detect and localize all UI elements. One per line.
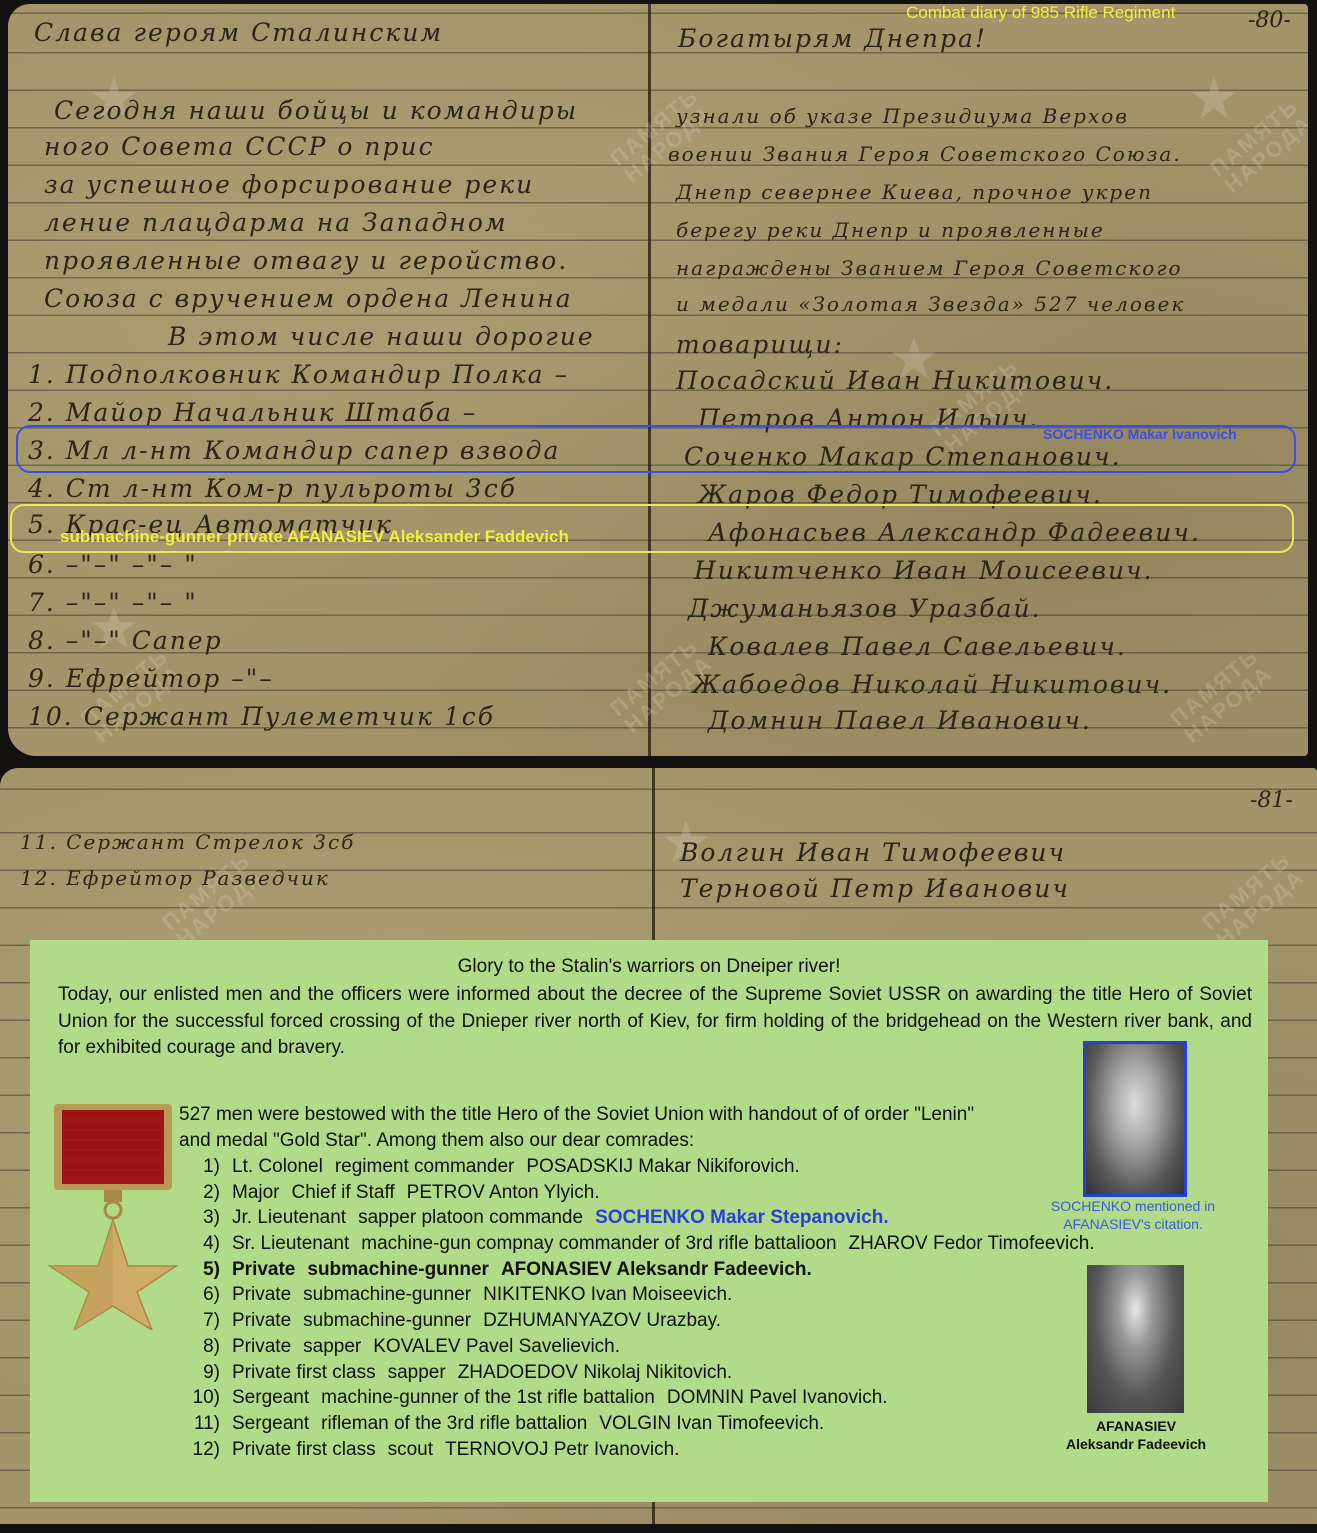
hero-name: ZHADOEDOV Nikolaj Nikitovich. bbox=[458, 1362, 733, 1383]
hero-name: KOVALEV Pavel Savelievich. bbox=[373, 1336, 620, 1357]
hero-name: VOLGIN Ivan Timofeevich. bbox=[599, 1413, 824, 1434]
sochenko-photo-caption: SOCHENKO mentioned inAFANASIEV's citatio… bbox=[1030, 1197, 1236, 1233]
watermark: ПАМЯТЬНАРОДА bbox=[1198, 849, 1308, 952]
heroes-list: 1)Lt. Colonelregiment commanderPOSADSKIJ… bbox=[180, 1154, 1095, 1462]
highlight-sochenko-label: SOCHENKO Makar Ivanovich bbox=[1043, 426, 1237, 442]
hero-name: POSADSKIJ Makar Nikiforovich. bbox=[526, 1156, 799, 1177]
hero-name: DZHUMANYAZOV Urazbay. bbox=[483, 1310, 721, 1331]
hero-list-item: 1)Lt. Colonelregiment commanderPOSADSKIJ… bbox=[180, 1154, 1095, 1180]
hero-num: 8) bbox=[180, 1334, 220, 1360]
hero-role: submachine-gunner bbox=[303, 1284, 471, 1305]
hero-name: PETROV Anton Ylyich. bbox=[407, 1182, 600, 1203]
hero-rank: Private bbox=[232, 1259, 295, 1280]
hero-list-item: 5)Privatesubmachine-gunnerAFONASIEV Alek… bbox=[180, 1257, 1095, 1283]
hero-rank: Major bbox=[232, 1182, 280, 1203]
translation-intro: Today, our enlisted men and the officers… bbox=[58, 982, 1252, 1062]
hero-role: sapper bbox=[303, 1336, 361, 1357]
hero-num: 11) bbox=[180, 1411, 220, 1437]
hero-num: 9) bbox=[180, 1360, 220, 1386]
hero-num: 10) bbox=[180, 1385, 220, 1411]
hero-rank: Private bbox=[232, 1284, 291, 1305]
hero-list-item: 8)PrivatesapperKOVALEV Pavel Savelievich… bbox=[180, 1334, 1095, 1360]
hero-num: 1) bbox=[180, 1154, 220, 1180]
hero-list-item: 4)Sr. Lieutenantmachine-gun compnay comm… bbox=[180, 1231, 1095, 1257]
hero-rank: Sergeant bbox=[232, 1413, 309, 1434]
hero-role: submachine-gunner bbox=[307, 1259, 489, 1280]
hero-name: ZHAROV Fedor Timofeevich. bbox=[849, 1233, 1095, 1254]
hero-rank: Private first class bbox=[232, 1439, 376, 1460]
hero-name: DOMNIN Pavel Ivanovich. bbox=[667, 1387, 888, 1408]
hero-num: 3) bbox=[180, 1205, 220, 1231]
hero-rank: Jr. Lieutenant bbox=[232, 1207, 346, 1228]
hero-list-item: 6)Privatesubmachine-gunnerNIKITENKO Ivan… bbox=[180, 1282, 1095, 1308]
translation-lead: 527 men were bestowed with the title Her… bbox=[179, 1102, 1009, 1153]
hero-list-item: 2)MajorChief if StaffPETROV Anton Ylyich… bbox=[180, 1180, 1095, 1206]
hero-list-item: 12)Private first classscoutTERNOVOJ Petr… bbox=[180, 1437, 1095, 1463]
hero-list-item: 7)Privatesubmachine-gunnerDZHUMANYAZOV U… bbox=[180, 1308, 1095, 1334]
watermark: ПАМЯТЬНАРОДА bbox=[1166, 645, 1276, 748]
hero-list-item: 9)Private first classsapperZHADOEDOV Nik… bbox=[180, 1360, 1095, 1386]
hero-role: sapper platoon commande bbox=[358, 1207, 583, 1228]
hero-role: machine-gun compnay commander of 3rd rif… bbox=[361, 1233, 836, 1254]
translation-title: Glory to the Stalin's warriors on Dneipe… bbox=[30, 956, 1268, 978]
watermark: ПАМЯТЬНАРОДА bbox=[606, 85, 716, 188]
hero-role: regiment commander bbox=[335, 1156, 515, 1177]
highlight-afanasiev-label: submachine-gunner private AFANASIEV Alek… bbox=[60, 527, 569, 547]
afanasiev-photo-caption: AFANASIEVAleksandr Fadeevich bbox=[1034, 1417, 1238, 1453]
hero-num: 2) bbox=[180, 1180, 220, 1206]
hero-role: rifleman of the 3rd rifle battalion bbox=[321, 1413, 587, 1434]
hero-name: NIKITENKO Ivan Moiseevich. bbox=[483, 1284, 732, 1305]
hero-num: 5) bbox=[180, 1257, 220, 1283]
page-number: -81- bbox=[1250, 788, 1293, 813]
hero-role: Chief if Staff bbox=[292, 1182, 395, 1203]
diary-caption: Combat diary of 985 Rifle Regiment bbox=[906, 3, 1175, 23]
hero-list-item: 10)Sergeantmachine-gunner of the 1st rif… bbox=[180, 1385, 1095, 1411]
watermark: ПАМЯТЬНАРОДА bbox=[158, 849, 268, 952]
hero-role: submachine-gunner bbox=[303, 1310, 471, 1331]
sochenko-photo bbox=[1083, 1041, 1187, 1197]
hero-num: 4) bbox=[180, 1231, 220, 1257]
watermark-star-icon: ★ bbox=[1188, 64, 1240, 132]
hero-role: sapper bbox=[388, 1362, 446, 1383]
afanasiev-photo bbox=[1087, 1265, 1184, 1413]
hero-name: SOCHENKO Makar Stepanovich. bbox=[595, 1207, 889, 1228]
hero-num: 6) bbox=[180, 1282, 220, 1308]
hero-list-item: 3)Jr. Lieutenantsapper platoon commandeS… bbox=[180, 1205, 1095, 1231]
diary-page-spread-top: ★ ПАМЯТЬНАРОДА ★ ПАМЯТЬНАРОДА ★ ПАМЯТЬНА… bbox=[8, 4, 1308, 756]
page-number: -80- bbox=[1248, 8, 1291, 33]
hero-rank: Sergeant bbox=[232, 1387, 309, 1408]
hero-rank: Private bbox=[232, 1310, 291, 1331]
translation-panel: Glory to the Stalin's warriors on Dneipe… bbox=[30, 940, 1268, 1502]
hero-rank: Private first class bbox=[232, 1362, 376, 1383]
hero-name: TERNOVOJ Petr Ivanovich. bbox=[445, 1439, 679, 1460]
hero-role: machine-gunner of the 1st rifle battalio… bbox=[321, 1387, 655, 1408]
hero-rank: Sr. Lieutenant bbox=[232, 1233, 349, 1254]
hero-num: 12) bbox=[180, 1437, 220, 1463]
gold-star-medal-icon bbox=[48, 1100, 178, 1330]
hero-rank: Private bbox=[232, 1336, 291, 1357]
hero-num: 7) bbox=[180, 1308, 220, 1334]
hero-name: AFONASIEV Aleksandr Fadeevich. bbox=[501, 1259, 812, 1280]
hero-rank: Lt. Colonel bbox=[232, 1156, 323, 1177]
hero-list-item: 11)Sergeantrifleman of the 3rd rifle bat… bbox=[180, 1411, 1095, 1437]
hero-role: scout bbox=[388, 1439, 433, 1460]
